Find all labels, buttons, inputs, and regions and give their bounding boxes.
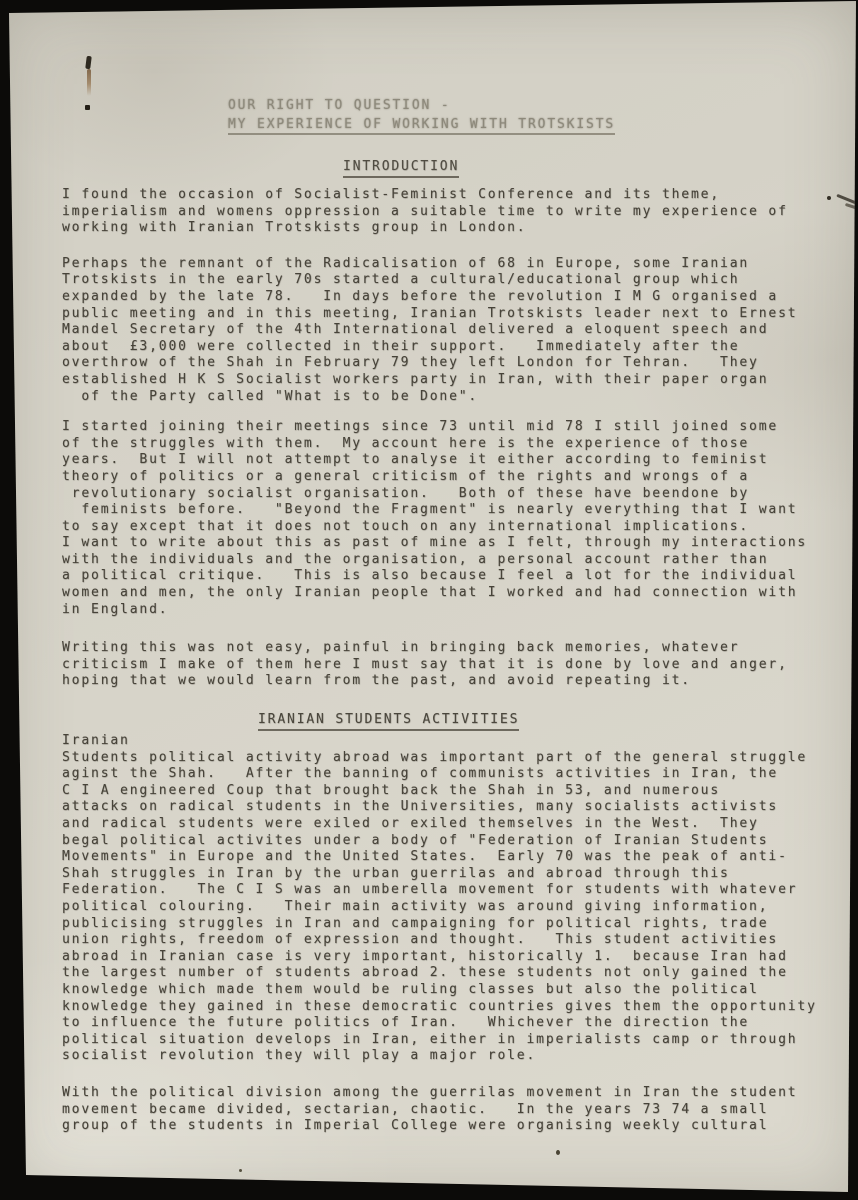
section-heading-introduction-wrap: INTRODUCTION (343, 158, 846, 175)
rust-streak (87, 69, 91, 96)
paragraph-5: Iranian Students political activity abro… (62, 733, 846, 1065)
scan-background: OUR RIGHT TO QUESTION - MY EXPERIENCE OF… (0, 0, 858, 1200)
paragraph-6: With the political division among the gu… (62, 1085, 846, 1135)
pen-scratch-small (845, 203, 858, 210)
section-heading-introduction: INTRODUCTION (343, 159, 459, 178)
document-page: OUR RIGHT TO QUESTION - MY EXPERIENCE OF… (0, 0, 858, 1200)
title-line-2-wrap: MY EXPERIENCE OF WORKING WITH TROTSKISTS (228, 115, 846, 134)
ink-speck-bottom (556, 1150, 560, 1155)
paragraph-1: I found the occasion of Socialist-Femini… (62, 187, 846, 237)
paragraph-4: Writing this was not easy, painful in br… (62, 640, 846, 690)
ink-speck-bottom-left (239, 1169, 242, 1172)
title-line-1: OUR RIGHT TO QUESTION - (228, 96, 846, 115)
paragraph-2: Perhaps the remnant of the Radicalisatio… (62, 256, 846, 405)
section-heading-iranian-students-wrap: IRANIAN STUDENTS ACTIVITIES (258, 711, 846, 728)
paragraph-3: I started joining their meetings since 7… (62, 419, 846, 618)
typewritten-text: OUR RIGHT TO QUESTION - MY EXPERIENCE OF… (62, 96, 846, 1135)
title-line-2: MY EXPERIENCE OF WORKING WITH TROTSKISTS (228, 117, 615, 135)
section-heading-iranian-students: IRANIAN STUDENTS ACTIVITIES (258, 712, 519, 731)
ink-tick-mark (85, 56, 92, 70)
document-title: OUR RIGHT TO QUESTION - MY EXPERIENCE OF… (228, 96, 846, 134)
